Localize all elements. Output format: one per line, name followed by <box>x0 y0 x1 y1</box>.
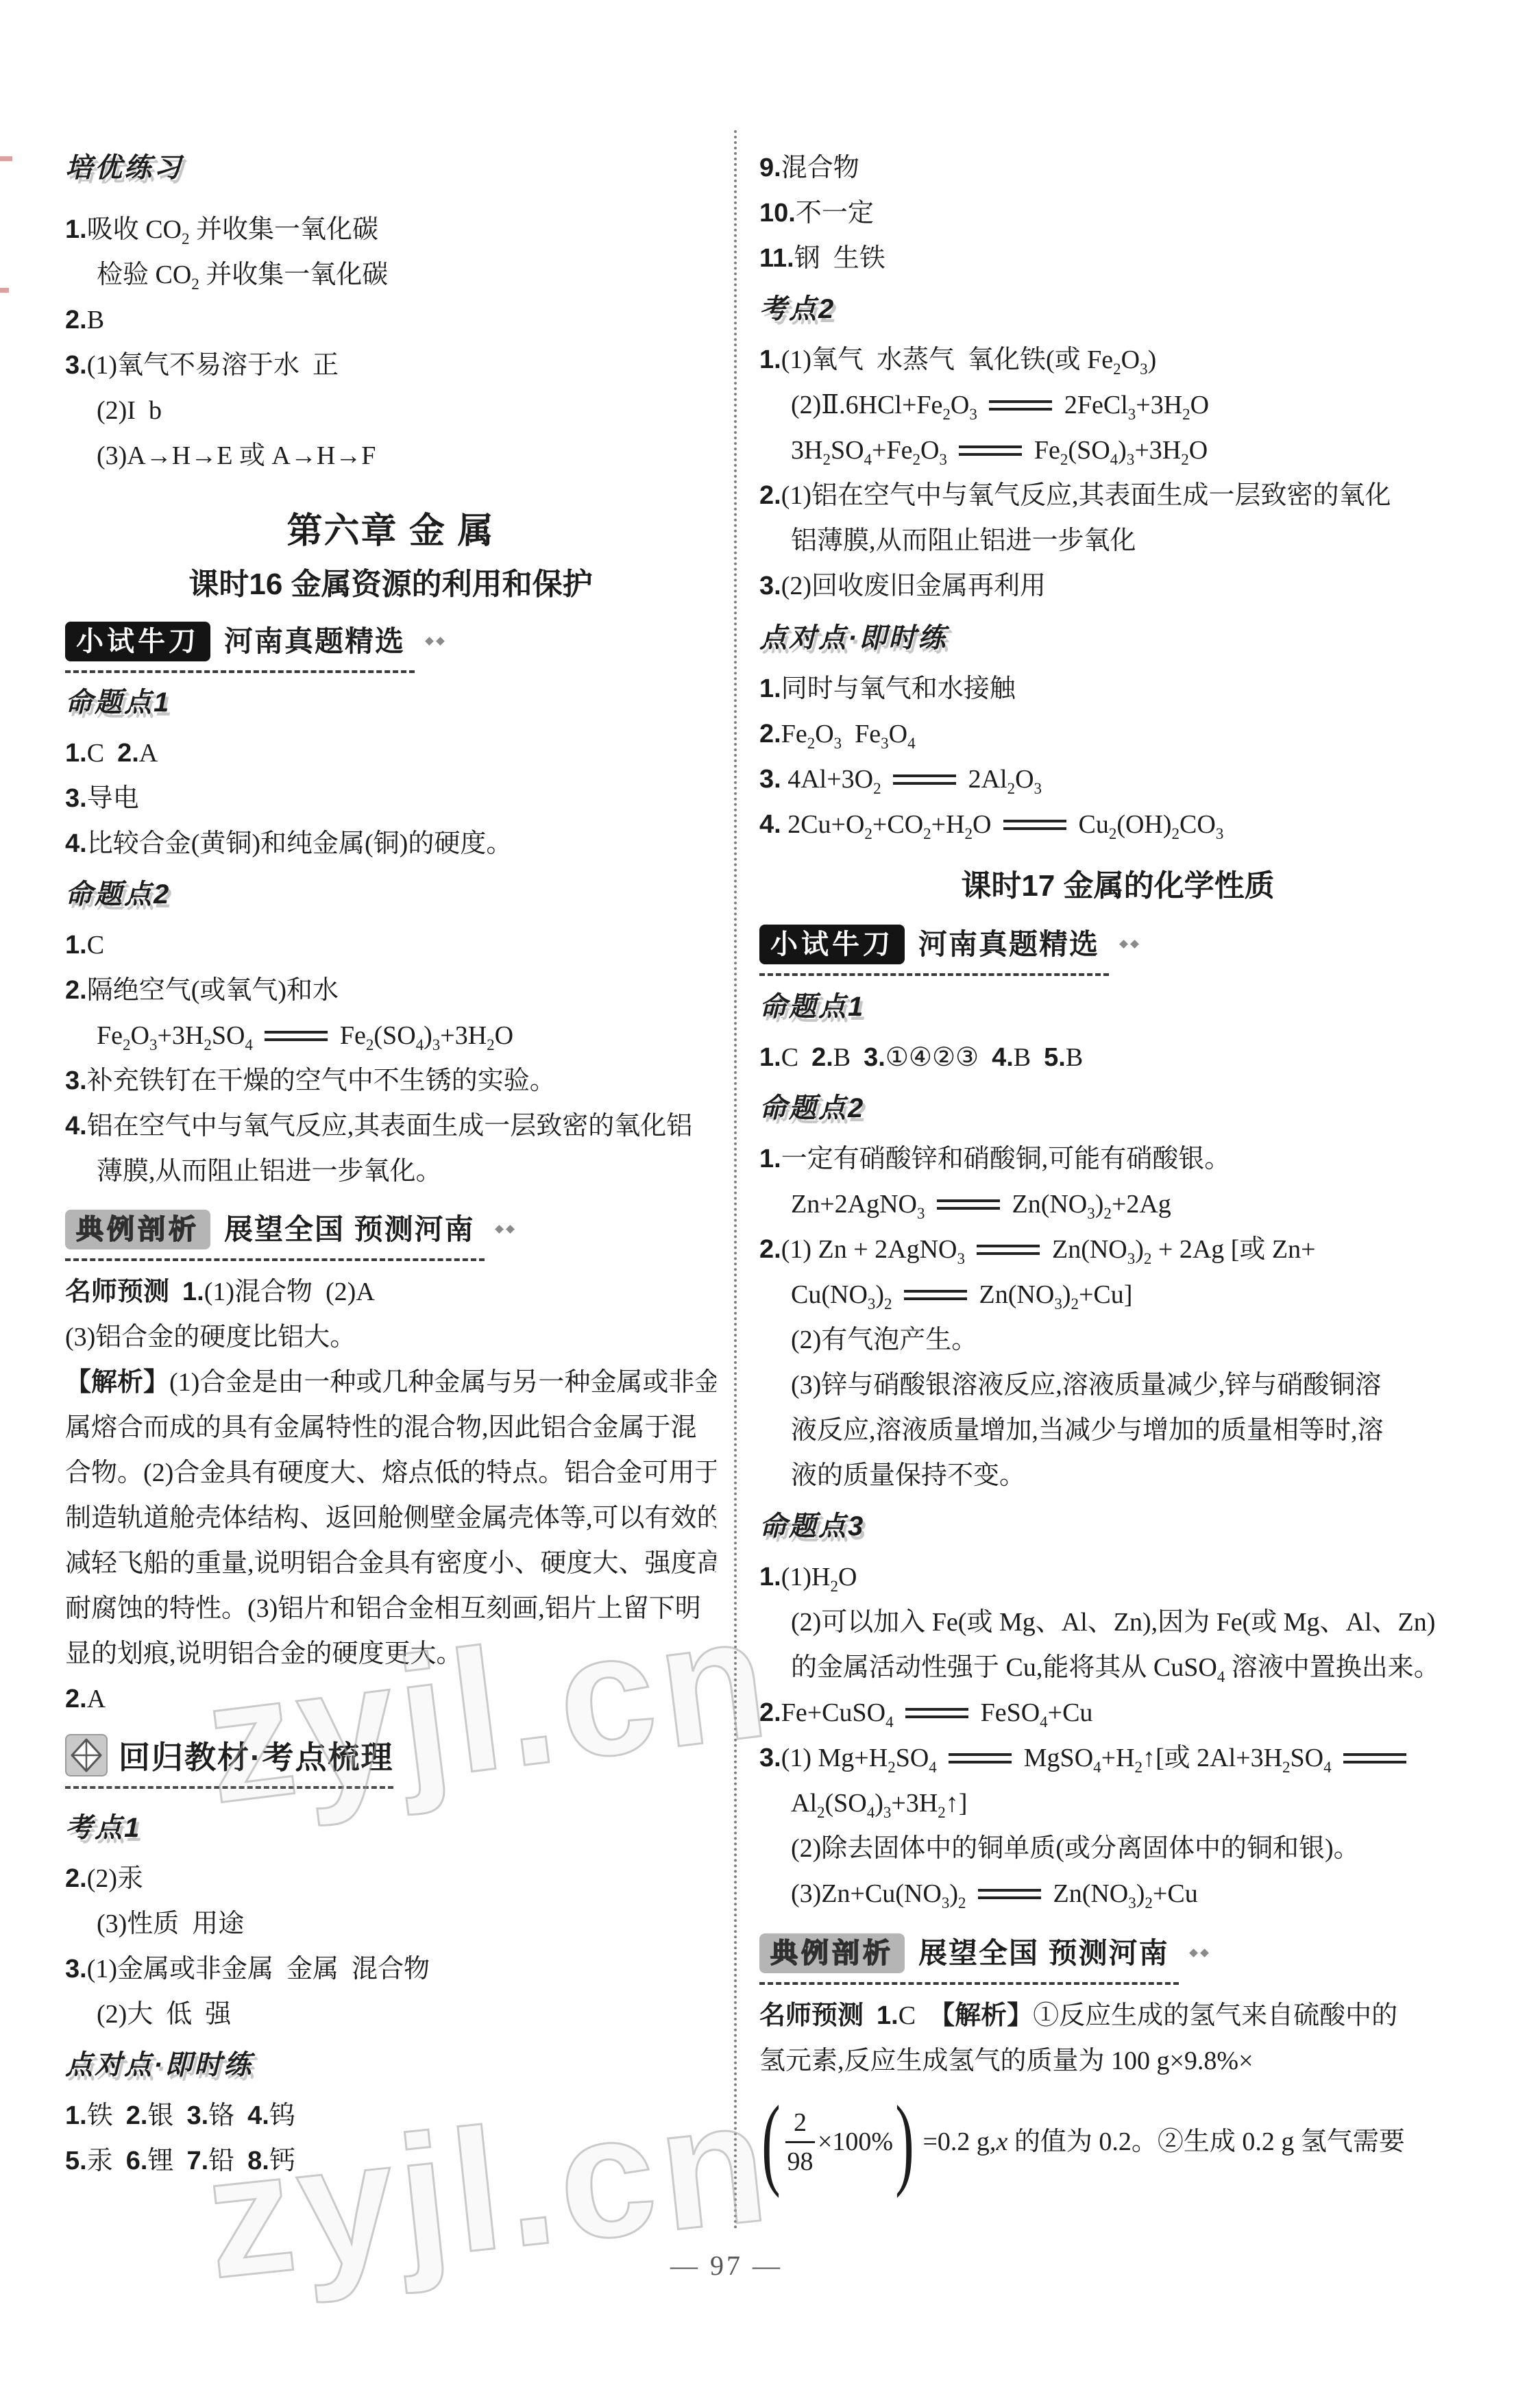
column-divider-dashed-line <box>734 130 737 2231</box>
answer-text-line: 制造轨道舱壳体结构、返回舱侧壁金属壳体等,可以有效的 <box>65 1495 716 1541</box>
answer-text-line: 4. 2Cu+O2+CO2+H2O Cu2(OH)2CO3 <box>759 802 1476 847</box>
answer-text-line: 液的质量保持不变。 <box>759 1453 1476 1498</box>
answer-text-line: Al2(SO4)3+3H2↑] <box>759 1781 1476 1826</box>
answer-text-line: 氢元素,反应生成氢气的质量为 100 g×9.8%× <box>759 2038 1476 2084</box>
red-edge-mark <box>0 288 9 293</box>
answer-text-line: 1.C 2.A <box>65 731 716 776</box>
banner-badge: 典例剖析 <box>65 1210 210 1249</box>
answer-text-line: 3.(1)氧气不易溶于水 正 <box>65 343 716 388</box>
close-paren: ) <box>895 2090 914 2193</box>
answer-text-line: 3.导电 <box>65 776 716 821</box>
answer-text-line: 1.C 2.B 3.①④②③ 4.B 5.B <box>759 1035 1476 1080</box>
answer-text-line: 2.A <box>65 1676 716 1722</box>
leaf-icon <box>65 1734 108 1776</box>
answer-text-line: 减轻飞船的重量,说明铝合金具有密度小、硬度大、强度高、 <box>65 1541 716 1586</box>
answer-text-line: 1.(1)H2O <box>759 1554 1476 1600</box>
answer-text-line: 铝薄膜,从而阻止铝进一步氧化 <box>759 518 1476 563</box>
answer-text-line: (3)铝合金的硬度比铝大。 <box>65 1315 716 1360</box>
sub-section-heading: 培优练习 <box>65 145 716 191</box>
answer-text-line: 耐腐蚀的特性。(3)铝片和铝合金相互刻画,铝片上留下明 <box>65 1586 716 1631</box>
answer-text-line: (3)锌与硝酸银溶液反应,溶液质量减少,锌与硝酸铜溶 <box>759 1363 1476 1408</box>
equals-double-line <box>1343 1753 1406 1763</box>
banner-group: 典例剖析展望全国 预测河南 <box>759 1929 1179 1985</box>
sub-section-heading: 命题点2 <box>759 1086 1476 1131</box>
answer-text-line: 4.比较合金(黄铜)和纯金属(铜)的硬度。 <box>65 821 716 866</box>
answer-text-line: (2)Ⅱ.6HCl+Fe2O3 2FeCl3+3H2O <box>759 382 1476 428</box>
answer-text-line: 3. 4Al+3O2 2Al2O3 <box>759 757 1476 802</box>
answer-text-line: (2)可以加入 Fe(或 Mg、Al、Zn),因为 Fe(或 Mg、Al、Zn) <box>759 1600 1476 1645</box>
lesson-title: 课时17 金属的化学性质 <box>759 864 1476 909</box>
answer-text: =0.2 g,x 的值为 0.2。②生成 0.2 g 氢气需要 <box>916 2126 1405 2158</box>
banner-group: 典例剖析展望全国 预测河南 <box>65 1205 485 1261</box>
answer-text-line: 属熔合而成的具有金属特性的混合物,因此铝合金属于混 <box>65 1405 716 1450</box>
banner-group: 小试牛刀河南真题精选 <box>65 617 415 673</box>
answer-text-line: 1.一定有硝酸锌和硝酸铜,可能有硝酸银。 <box>759 1136 1476 1182</box>
answer-text-line: 1.(1)氧气 水蒸气 氧化铁(或 Fe2O3) <box>759 337 1476 382</box>
chapter-title: 第六章 金 属 <box>65 506 716 557</box>
answer-text-line: 2.B <box>65 297 716 343</box>
answer-text-line: 薄膜,从而阻止铝进一步氧化。 <box>65 1149 716 1194</box>
banner-group: 小试牛刀河南真题精选 <box>759 920 1109 976</box>
equals-double-line <box>959 445 1022 456</box>
answer-text-line: 3.(2)回收废旧金属再利用 <box>759 563 1476 609</box>
equals-double-line <box>937 1199 1000 1210</box>
sub-section-heading: 点对点·即时练 <box>65 2042 716 2088</box>
answer-text-line: 4.铝在空气中与氧气反应,其表面生成一层致密的氧化铝 <box>65 1103 716 1149</box>
answer-book-page: 培优练习1.吸收 CO2 并收集一氧化碳检验 CO2 并收集一氧化碳2.B3.(… <box>0 0 1540 2381</box>
equals-double-line <box>905 1708 968 1718</box>
answer-text-line: 2.(1)铝在空气中与氧气反应,其表面生成一层致密的氧化 <box>759 473 1476 518</box>
sub-section-heading: 考点2 <box>759 286 1476 332</box>
equals-double-line <box>977 1245 1040 1255</box>
answer-text-line: 2.Fe2O3 Fe3O4 <box>759 711 1476 757</box>
answer-text-line: Zn+2AgNO3 Zn(NO3)2+2Ag <box>759 1182 1476 1227</box>
banner-badge: 小试牛刀 <box>65 622 210 661</box>
answer-text-line: Fe2O3+3H2SO4 Fe2(SO4)3+3H2O <box>65 1013 716 1058</box>
answer-text-line: 2.(2)汞 <box>65 1856 716 1901</box>
answer-text-line: 显的划痕,说明铝合金的硬度更大。 <box>65 1631 716 1676</box>
answer-text-line: 3.(1) Mg+H2SO4 MgSO4+H2↑[或 2Al+3H2SO4 <box>759 1735 1476 1781</box>
answer-text-line: Cu(NO3)2 Zn(NO3)2+Cu] <box>759 1272 1476 1317</box>
answer-text-line: 【解析】(1)合金是由一种或几种金属与另一种金属或非金 <box>65 1360 716 1405</box>
answer-text-line: 合物。(2)合金具有硬度大、熔点低的特点。铝合金可用于 <box>65 1450 716 1495</box>
banner-label: 河南真题精选 <box>918 928 1099 960</box>
fraction-multiplier: ×100% <box>818 2126 893 2158</box>
answer-text-line: 1.铁 2.银 3.铬 4.钨 <box>65 2093 716 2138</box>
answer-text-line: (2)有气泡产生。 <box>759 1317 1476 1363</box>
answer-text-line: 1.吸收 CO2 并收集一氧化碳 <box>65 207 716 252</box>
section-banner: 典例剖析展望全国 预测河南 <box>759 1929 1476 1986</box>
answer-text-line: (3)性质 用途 <box>65 1901 716 1946</box>
answer-text-line: (2)I b <box>65 388 716 433</box>
answer-text-line: (2)除去固体中的铜单质(或分离固体中的铜和银)。 <box>759 1826 1476 1871</box>
sparkle-decoration <box>491 1205 513 1254</box>
equals-double-line <box>989 400 1052 411</box>
banner-label: 展望全国 预测河南 <box>918 1937 1169 1969</box>
answer-text-line: 1.C <box>65 923 716 968</box>
section-banner: 小试牛刀河南真题精选 <box>65 617 716 674</box>
open-paren: ( <box>761 2090 780 2193</box>
answer-text-line: 2.Fe+CuSO4 FeSO4+Cu <box>759 1690 1476 1735</box>
sub-section-heading: 命题点1 <box>65 680 716 725</box>
sub-section-heading: 命题点1 <box>759 984 1476 1029</box>
review-section-header: 回归教材·考点梳理 <box>65 1733 716 1798</box>
lesson-title: 课时16 金属资源的利用和保护 <box>65 562 716 607</box>
banner-badge: 小试牛刀 <box>759 925 905 964</box>
answer-text-line: 5.汞 6.锂 7.铅 8.钙 <box>65 2138 716 2184</box>
answer-text-line: 的金属活动性强于 Cu,能将其从 CuSO4 溶液中置换出来。 <box>759 1645 1476 1690</box>
sparkle-decoration <box>1186 1929 1208 1978</box>
equals-double-line <box>904 1290 967 1300</box>
section-banner: 典例剖析展望全国 预测河南 <box>65 1205 716 1262</box>
equals-double-line <box>265 1031 328 1041</box>
banner-label: 河南真题精选 <box>224 625 405 657</box>
sub-section-heading: 命题点2 <box>65 872 716 917</box>
left-column: 培优练习1.吸收 CO2 并收集一氧化碳检验 CO2 并收集一氧化碳2.B3.(… <box>65 0 716 2381</box>
answer-text-line: 3.(1)金属或非金属 金属 混合物 <box>65 1946 716 1992</box>
answer-text-line: 2.隔绝空气(或氧气)和水 <box>65 968 716 1013</box>
fraction-formula-line: (298×100%) =0.2 g,x 的值为 0.2。②生成 0.2 g 氢气… <box>759 2084 1476 2200</box>
sparkle-decoration <box>421 617 443 666</box>
section-banner: 小试牛刀河南真题精选 <box>759 920 1476 977</box>
right-column: 9.混合物10.不一定11.钢 生铁考点21.(1)氧气 水蒸气 氧化铁(或 F… <box>759 0 1476 2381</box>
answer-text-line: (3)A→H→E 或 A→H→F <box>65 433 716 478</box>
answer-text-line: 1.同时与氧气和水接触 <box>759 666 1476 711</box>
fraction: 298 <box>785 2107 815 2177</box>
answer-text-line: 液反应,溶液质量增加,当减少与增加的质量相等时,溶 <box>759 1408 1476 1453</box>
sparkle-decoration <box>1116 920 1138 969</box>
sub-section-heading: 命题点3 <box>759 1504 1476 1549</box>
answer-text-line: 名师预测 1.C 【解析】①反应生成的氢气来自硫酸中的 <box>759 1993 1476 2038</box>
sub-section-heading: 点对点·即时练 <box>759 615 1476 661</box>
answer-text-line: 检验 CO2 并收集一氧化碳 <box>65 252 716 297</box>
banner-label: 展望全国 预测河南 <box>224 1213 475 1245</box>
answer-text-line: (3)Zn+Cu(NO3)2 Zn(NO3)2+Cu <box>759 1871 1476 1916</box>
answer-text-line: 名师预测 1.(1)混合物 (2)A <box>65 1269 716 1315</box>
answer-text-line: 9.混合物 <box>759 145 1476 191</box>
answer-text-line: 11.钢 生铁 <box>759 236 1476 281</box>
review-header-label: 回归教材·考点梳理 <box>119 1733 393 1778</box>
answer-text-line: 2.(1) Zn + 2AgNO3 Zn(NO3)2 + 2Ag [或 Zn+ <box>759 1227 1476 1272</box>
equals-double-line <box>978 1889 1041 1899</box>
equals-double-line <box>949 1753 1012 1763</box>
sub-section-heading: 考点1 <box>65 1805 716 1851</box>
equals-double-line <box>893 774 956 785</box>
answer-text-line: 3.补充铁钉在干燥的空气中不生锈的实验。 <box>65 1058 716 1103</box>
page-number-footer: — 97 — <box>0 2249 1453 2282</box>
banner-badge: 典例剖析 <box>759 1933 905 1973</box>
answer-text-line: (2)大 低 强 <box>65 1992 716 2037</box>
red-edge-mark <box>0 156 12 161</box>
answer-text-line: 3H2SO4+Fe2O3 Fe2(SO4)3+3H2O <box>759 428 1476 473</box>
equals-double-line <box>1003 820 1066 830</box>
answer-text-line: 10.不一定 <box>759 191 1476 236</box>
